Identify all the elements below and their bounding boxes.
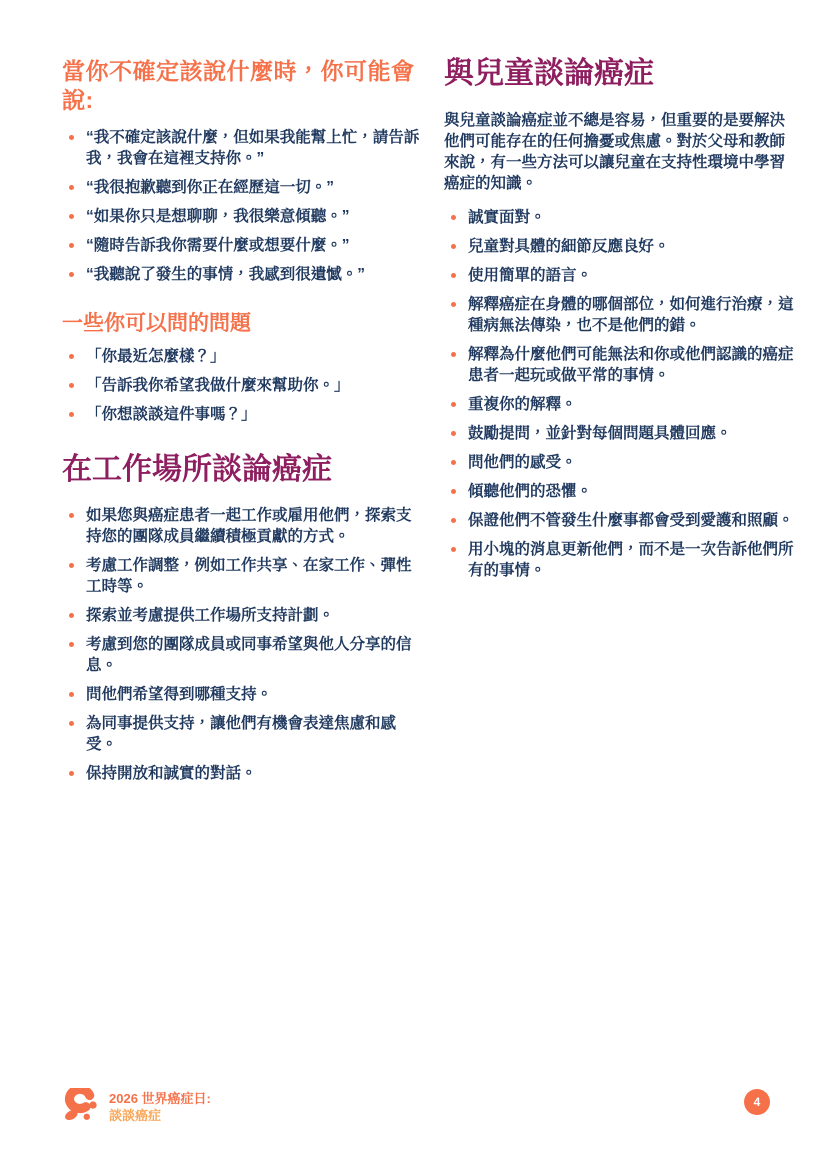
list-item-text: 如果您與癌症患者一起工作或雇用他們，探索支持您的團隊成員繼續積極貢獻的方式。	[86, 507, 412, 545]
bullet-icon	[451, 431, 456, 436]
list-item: “我聽說了發生的事情，我感到很遺憾。”	[62, 264, 420, 285]
list-item: 兒童對具體的細節反應良好。	[444, 236, 799, 257]
list-item-text: 探索並考慮提供工作場所支持計劃。	[86, 607, 334, 624]
list-item-text: 問他們的感受。	[468, 454, 577, 471]
list-item-text: 保持開放和誠實的對話。	[86, 765, 257, 782]
list-item: 保持開放和誠實的對話。	[62, 763, 420, 784]
page-number-badge: 4	[744, 1089, 770, 1115]
document-page: 當你不確定該說什麼時，你可能會說: “我不確定該說什麼，但如果我能幫上忙，請告訴…	[0, 0, 827, 1170]
list-item: 「你最近怎麼樣？」	[62, 346, 420, 367]
list-item-text: 重複你的解釋。	[468, 396, 577, 413]
list-item-text: 用小塊的消息更新他們，而不是一次告訴他們所有的事情。	[468, 541, 794, 579]
footer-brand: 2026 世界癌症日: 談談癌症	[62, 1088, 211, 1124]
list-item-text: 傾聽他們的恐懼。	[468, 483, 592, 500]
list-item-text: 解釋癌症在身體的哪個部位，如何進行治療，這種病無法傳染，也不是他們的錯。	[468, 296, 794, 334]
bullet-icon	[451, 402, 456, 407]
bullet-icon	[69, 214, 74, 219]
list-item-text: “隨時告訴我你需要什麼或想要什麼。”	[86, 237, 350, 254]
left-column: 當你不確定該說什麼時，你可能會說: “我不確定該說什麼，但如果我能幫上忙，請告訴…	[62, 57, 420, 792]
list-item-text: 鼓勵提問，並針對每個問題具體回應。	[468, 425, 732, 442]
list-item: “我很抱歉聽到你正在經歷這一切。”	[62, 177, 420, 198]
world-cancer-day-logo-icon	[62, 1088, 99, 1123]
bullet-icon	[69, 513, 74, 518]
bullet-icon	[451, 244, 456, 249]
list-item: “如果你只是想聊聊，我很樂意傾聽。”	[62, 206, 420, 227]
bullet-icon	[69, 412, 74, 417]
list-item-text: 保證他們不管發生什麼事都會受到愛護和照顧。	[468, 512, 794, 529]
bullet-icon	[451, 489, 456, 494]
section-what-to-say: 當你不確定該說什麼時，你可能會說: “我不確定該說什麼，但如果我能幫上忙，請告訴…	[62, 57, 420, 285]
bullet-icon	[451, 215, 456, 220]
bullet-icon	[69, 383, 74, 388]
bullet-icon	[69, 272, 74, 277]
list-item: 傾聽他們的恐懼。	[444, 481, 799, 502]
list-item: 用小塊的消息更新他們，而不是一次告訴他們所有的事情。	[444, 539, 799, 581]
list-item: 問他們希望得到哪種支持。	[62, 684, 420, 705]
list-item: 如果您與癌症患者一起工作或雇用他們，探索支持您的團隊成員繼續積極貢獻的方式。	[62, 505, 420, 547]
list-item: 解釋為什麼他們可能無法和你或他們認識的癌症患者一起玩或做平常的事情。	[444, 344, 799, 386]
list-item-text: “如果你只是想聊聊，我很樂意傾聽。”	[86, 208, 350, 225]
section-children: 與兒童談論癌症 與兒童談論癌症並不總是容易，但重要的是要解決他們可能存在的任何擔…	[444, 57, 799, 581]
bullet-icon	[69, 185, 74, 190]
list-item: 考慮到您的團隊成員或同事希望與他人分享的信息。	[62, 634, 420, 676]
page-footer: 2026 世界癌症日: 談談癌症 4	[0, 1080, 827, 1140]
list-item-text: “我很抱歉聽到你正在經歷這一切。”	[86, 179, 334, 196]
list-item-text: 「你想談談這件事嗎？」	[86, 406, 257, 423]
bullet-icon	[69, 642, 74, 647]
bullet-icon	[69, 613, 74, 618]
list-item-text: 「告訴我你希望我做什麼來幫助你。」	[86, 377, 350, 394]
bullet-list-what-to-say: “我不確定該說什麼，但如果我能幫上忙，請告訴我，我會在這裡支持你。” “我很抱歉…	[62, 127, 420, 285]
bullet-icon	[69, 354, 74, 359]
list-item: 「你想談談這件事嗎？」	[62, 404, 420, 425]
children-intro-paragraph: 與兒童談論癌症並不總是容易，但重要的是要解決他們可能存在的任何擔憂或焦慮。對於父…	[444, 110, 796, 194]
list-item: 探索並考慮提供工作場所支持計劃。	[62, 605, 420, 626]
list-item-text: 問他們希望得到哪種支持。	[86, 686, 272, 703]
bullet-icon	[69, 721, 74, 726]
list-item: 鼓勵提問，並針對每個問題具體回應。	[444, 423, 799, 444]
section-questions: 一些你可以問的問題 「你最近怎麼樣？」 「告訴我你希望我做什麼來幫助你。」	[62, 311, 420, 425]
list-item-text: 考慮工作調整，例如工作共享、在家工作、彈性工時等。	[86, 557, 412, 595]
list-item-text: 為同事提供支持，讓他們有機會表達焦慮和感受。	[86, 715, 396, 753]
section-heading-children: 與兒童談論癌症	[444, 57, 799, 92]
bullet-list-children: 誠實面對。 兒童對具體的細節反應良好。 使用簡單的語言。	[444, 207, 799, 581]
footer-title-line1: 2026 世界癌症日:	[109, 1090, 211, 1107]
section-workplace: 在工作場所談論癌症 如果您與癌症患者一起工作或雇用他們，探索支持您的團隊成員繼續…	[62, 453, 420, 785]
bullet-list-workplace: 如果您與癌症患者一起工作或雇用他們，探索支持您的團隊成員繼續積極貢獻的方式。 考…	[62, 505, 420, 784]
list-item: 為同事提供支持，讓他們有機會表達焦慮和感受。	[62, 713, 420, 755]
content-columns: 當你不確定該說什麼時，你可能會說: “我不確定該說什麼，但如果我能幫上忙，請告訴…	[0, 0, 827, 792]
bullet-icon	[451, 352, 456, 357]
list-item: 解釋癌症在身體的哪個部位，如何進行治療，這種病無法傳染，也不是他們的錯。	[444, 294, 799, 336]
list-item: 「告訴我你希望我做什麼來幫助你。」	[62, 375, 420, 396]
list-item: 使用簡單的語言。	[444, 265, 799, 286]
footer-brand-text: 2026 世界癌症日: 談談癌症	[109, 1088, 211, 1124]
list-item: 考慮工作調整，例如工作共享、在家工作、彈性工時等。	[62, 555, 420, 597]
bullet-icon	[69, 692, 74, 697]
bullet-icon	[451, 302, 456, 307]
bullet-icon	[451, 273, 456, 278]
list-item-text: 解釋為什麼他們可能無法和你或他們認識的癌症患者一起玩或做平常的事情。	[468, 346, 794, 384]
list-item: 問他們的感受。	[444, 452, 799, 473]
list-item-text: “我聽說了發生的事情，我感到很遺憾。”	[86, 266, 365, 283]
bullet-icon	[69, 771, 74, 776]
list-item-text: 「你最近怎麼樣？」	[86, 348, 226, 365]
bullet-icon	[451, 460, 456, 465]
list-item-text: 考慮到您的團隊成員或同事希望與他人分享的信息。	[86, 636, 412, 674]
footer-title-line2: 談談癌症	[109, 1107, 211, 1124]
list-item: 重複你的解釋。	[444, 394, 799, 415]
section-heading-workplace: 在工作場所談論癌症	[62, 453, 420, 488]
list-item: “隨時告訴我你需要什麼或想要什麼。”	[62, 235, 420, 256]
bullet-icon	[451, 547, 456, 552]
list-item-text: “我不確定該說什麼，但如果我能幫上忙，請告訴我，我會在這裡支持你。”	[86, 129, 419, 167]
right-column: 與兒童談論癌症 與兒童談論癌症並不總是容易，但重要的是要解決他們可能存在的任何擔…	[444, 57, 799, 792]
bullet-icon	[451, 518, 456, 523]
list-item-text: 誠實面對。	[468, 209, 546, 226]
page-number: 4	[754, 1095, 761, 1109]
list-item-text: 兒童對具體的細節反應良好。	[468, 238, 670, 255]
list-item: 誠實面對。	[444, 207, 799, 228]
section-heading-what-to-say: 當你不確定該說什麼時，你可能會說:	[62, 57, 420, 115]
list-item-text: 使用簡單的語言。	[468, 267, 592, 284]
bullet-list-questions: 「你最近怎麼樣？」 「告訴我你希望我做什麼來幫助你。」 「你想談談這件事嗎？」	[62, 346, 420, 425]
list-item: “我不確定該說什麼，但如果我能幫上忙，請告訴我，我會在這裡支持你。”	[62, 127, 420, 169]
bullet-icon	[69, 135, 74, 140]
bullet-icon	[69, 243, 74, 248]
list-item: 保證他們不管發生什麼事都會受到愛護和照顧。	[444, 510, 799, 531]
bullet-icon	[69, 563, 74, 568]
section-heading-questions: 一些你可以問的問題	[62, 311, 420, 336]
